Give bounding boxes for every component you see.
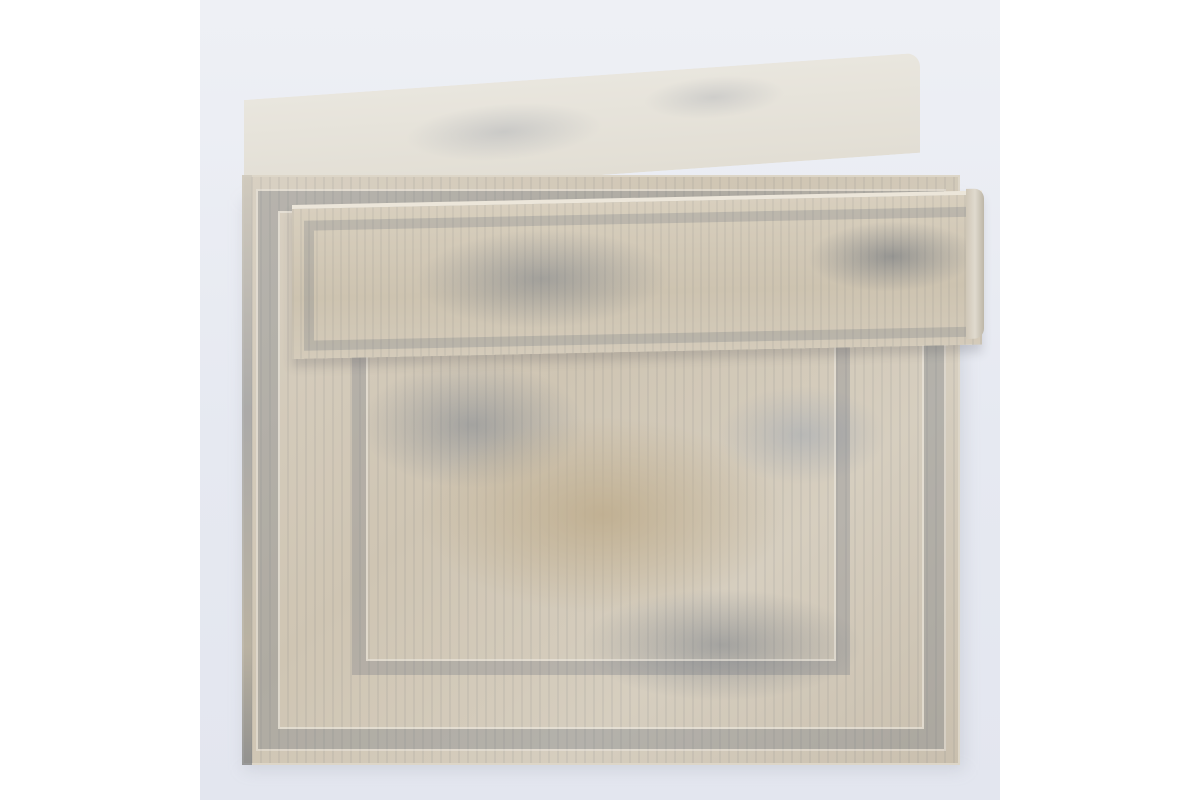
rug-flap-roll-edge [966, 189, 984, 339]
rug-folded-flap [292, 191, 982, 359]
product-photo [200, 0, 1000, 800]
rug-flap-border [304, 207, 970, 351]
rug-left-edge [242, 175, 252, 765]
